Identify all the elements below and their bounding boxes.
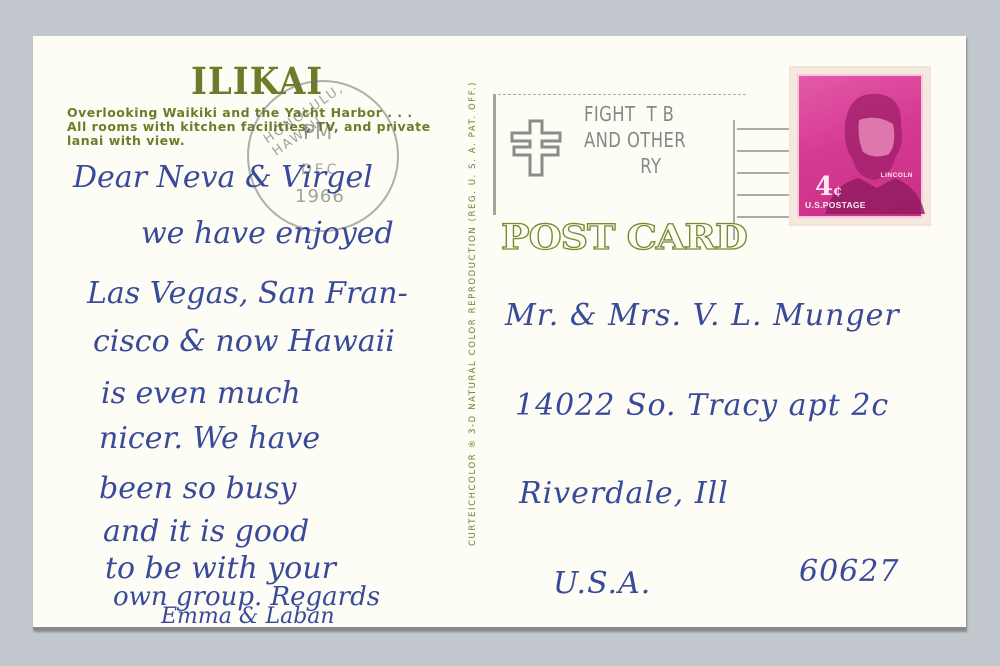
address-city: Riverdale, Ill — [519, 476, 729, 511]
address-country: U.S.A. — [553, 566, 651, 601]
address-name: Mr. & Mrs. V. L. Munger — [505, 298, 900, 333]
message-line: been so busy — [99, 471, 296, 506]
message-line: is even much — [101, 376, 301, 411]
printer-credit: CURTEICHCOLOR ® 3-D NATURAL COLOR REPROD… — [465, 106, 481, 546]
message-line: to be with your — [105, 551, 336, 586]
stamp-label: U.S.POSTAGE — [805, 200, 866, 210]
cancellation-slogan: FIGHT T B AND OTHER RY — [584, 101, 686, 179]
stamp-value: 4¢ — [815, 172, 842, 202]
postmark: HONOLULU, HAWAII PM DEC 1966 — [247, 80, 399, 232]
message-line: nicer. We have — [99, 421, 320, 456]
stamp-unit: ¢ — [833, 184, 842, 199]
stamp-portrait-name: LINCOLN — [881, 172, 913, 179]
slogan-cancellation: FIGHT T B AND OTHER RY — [493, 94, 746, 215]
address-street: 14022 So. Tracy apt 2c — [515, 388, 889, 423]
message-line: Dear Neva & Virgel — [73, 160, 373, 195]
message-line: and it is good — [103, 514, 309, 549]
stamp-denomination: 4 — [815, 172, 833, 202]
address-zip: 60627 — [799, 554, 899, 589]
double-barred-cross-icon — [508, 117, 564, 177]
postmark-time: PM — [303, 120, 332, 144]
postage-stamp: 4¢ LINCOLN U.S.POSTAGE — [789, 66, 931, 226]
message-line: we have enjoyed — [141, 216, 394, 251]
postcard-title: POST CARD — [501, 216, 747, 257]
message-signature: Emma & Laban — [161, 604, 335, 629]
message-line: cisco & now Hawaii — [93, 324, 395, 359]
postcard: ILIKAI Overlooking Waikiki and the Yacht… — [33, 36, 966, 630]
message-line: Las Vegas, San Fran- — [87, 276, 408, 311]
stamp-face: 4¢ LINCOLN U.S.POSTAGE — [797, 74, 923, 218]
